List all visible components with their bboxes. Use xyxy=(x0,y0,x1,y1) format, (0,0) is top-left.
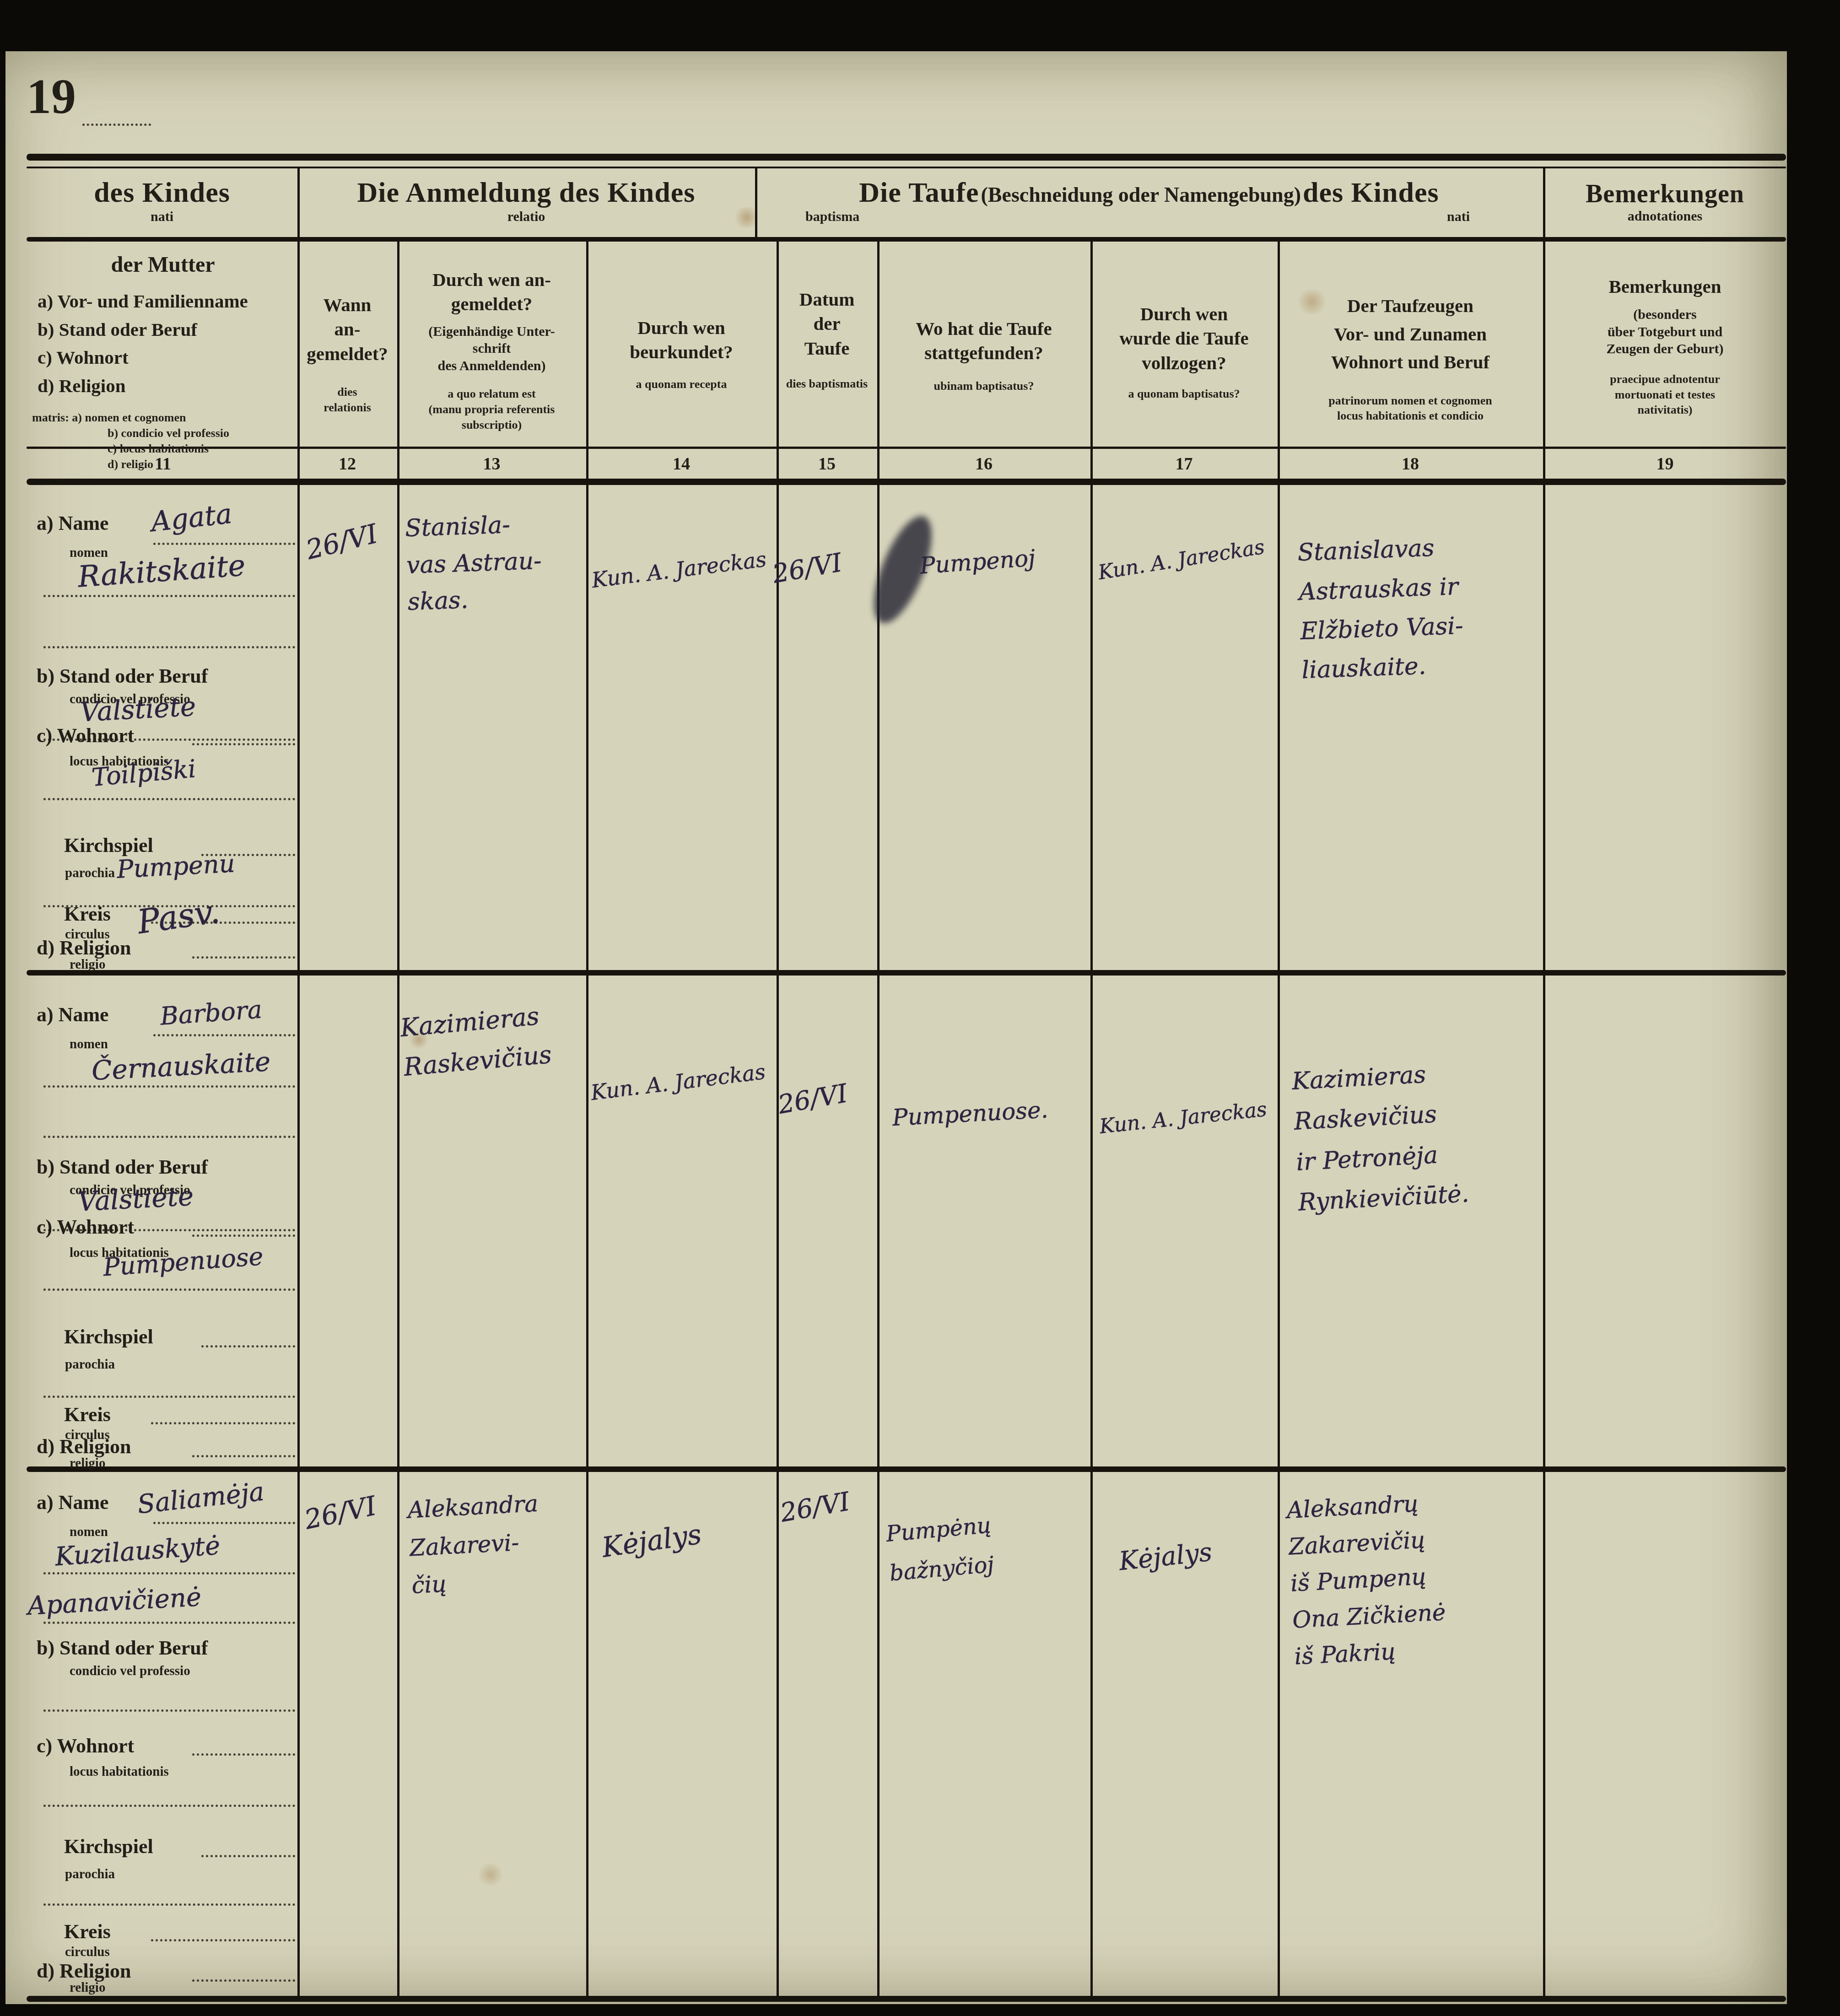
label-kirchspiel: Kirchspiel xyxy=(64,1835,153,1858)
entry-angemeldet-durch: Aleksandra Zakarevi- čių xyxy=(407,1485,543,1605)
label-religion-latin: religio xyxy=(70,1980,105,1995)
label-beruf: b) Stand oder Beruf xyxy=(37,1636,208,1660)
colhead-wann-angemeldet-latin: dies relationis xyxy=(300,384,395,415)
colhead-mutter-item-b: b) Stand oder Beruf xyxy=(38,316,294,344)
colno-19: 19 xyxy=(1545,454,1785,474)
label-kreis-latin: circulus xyxy=(65,1945,110,1960)
label-beruf: b) Stand oder Beruf xyxy=(37,664,208,688)
colhead-durch-wen-angemeldet-latin: a quo relatum est (manu propria referent… xyxy=(399,386,584,432)
label-beruf-latin: condicio vel professio xyxy=(70,1664,190,1679)
group-anmeldung: Die Anmeldung des Kindes relatio xyxy=(297,177,755,225)
vline-col13-14 xyxy=(586,242,588,2001)
colno-11: 11 xyxy=(32,454,294,474)
colno-17: 17 xyxy=(1093,454,1275,474)
label-wohnort: c) Wohnort xyxy=(37,1734,134,1757)
group-bemerkungen-latin: adnotationes xyxy=(1543,209,1787,224)
entry-taufzeugen: Kazimieras Raskevičius ir Petronėja Rynk… xyxy=(1291,1052,1470,1223)
colhead-vollzogen: Durch wen wurde die Taufe vollzogen? a q… xyxy=(1093,302,1275,402)
label-name: a) Name xyxy=(37,1491,109,1514)
rule-row1-row2 xyxy=(27,970,1786,976)
vline-col11-12 xyxy=(297,167,300,2001)
entry-angemeldet-durch: Stanisla- vas Astrau- skas. xyxy=(405,506,544,621)
entry-mother-kirchspiel: Pumpenu xyxy=(116,844,236,889)
colhead-mutter-item-a: a) Vor- und Familienname xyxy=(38,287,294,316)
entry-mother-firstname: Barbora xyxy=(159,990,263,1035)
entry-taufzeugen: Aleksandrų Zakarevičių iš Pumpenų Ona Zi… xyxy=(1286,1484,1449,1675)
rule-under-numbers xyxy=(27,479,1786,485)
colhead-datum-taufe: Datum der Taufe dies baptismatis xyxy=(779,287,875,392)
rule-under-groups xyxy=(27,237,1786,242)
label-kirchspiel-latin: parochia xyxy=(65,1357,115,1372)
label-kirchspiel-latin: parochia xyxy=(65,866,115,881)
entry-angemeldet-durch: Kazimieras Raskevičius xyxy=(399,996,553,1087)
group-des-kindes-title: des Kindes xyxy=(29,177,295,209)
rule-top xyxy=(27,154,1786,161)
group-taufe-latin-left: baptisma xyxy=(805,209,859,225)
colhead-vollzogen-latin: a quonam baptisatus? xyxy=(1093,386,1275,402)
vline-col16-17 xyxy=(1090,242,1093,2001)
group-des-kindes-latin: nati xyxy=(29,209,295,225)
colhead-mutter-item-c: c) Wohnort xyxy=(38,344,294,372)
group-bemerkungen: Bemerkungen adnotationes xyxy=(1543,179,1787,224)
group-taufe-latin-right: nati xyxy=(1447,209,1470,225)
vline-col15-16 xyxy=(877,242,880,2001)
label-name: a) Name xyxy=(37,1003,109,1026)
colno-18: 18 xyxy=(1280,454,1541,474)
rule-bottom xyxy=(27,1996,1786,2002)
colno-12: 12 xyxy=(300,454,395,474)
label-kreis: Kreis xyxy=(64,902,111,926)
colhead-bemerkungen-note: (besonders über Totgeburt und Zeugen der… xyxy=(1545,306,1785,358)
rule-top-echo xyxy=(27,167,1786,168)
page-number: 19 xyxy=(27,69,76,125)
label-kirchspiel: Kirchspiel xyxy=(64,1325,153,1348)
vline-col18-19 xyxy=(1543,167,1545,2001)
group-bemerkungen-title: Bemerkungen xyxy=(1543,179,1787,209)
scanned-register-page: 19 des Kindes nati Die Anmeldung des Kin… xyxy=(0,0,1840,2016)
page-number-dotted-line xyxy=(82,124,151,126)
group-anmeldung-latin: relatio xyxy=(297,209,755,225)
label-kreis: Kreis xyxy=(64,1403,111,1426)
label-beruf: b) Stand oder Beruf xyxy=(37,1155,208,1179)
label-kreis: Kreis xyxy=(64,1920,111,1943)
colhead-bemerkungen-latin: praecipue adnotentur mortuonati et teste… xyxy=(1545,372,1785,418)
label-wohnort-latin: locus habitationis xyxy=(70,1764,169,1779)
colhead-mutter: der Mutter a) Vor- und Familienname b) S… xyxy=(32,251,294,472)
entry-mother-beruf: Valstiete xyxy=(77,1175,195,1223)
label-religion: d) Religion xyxy=(37,936,131,959)
colhead-durch-wen-angemeldet: Durch wen an- gemeldet? (Eigenhändige Un… xyxy=(399,268,584,432)
colno-16: 16 xyxy=(880,454,1088,474)
entry-taufzeugen: Stanislavas Astrauskas ir Elžbieto Vasi-… xyxy=(1297,528,1465,690)
colhead-bemerkungen: Bemerkungen (besonders über Totgeburt un… xyxy=(1545,275,1785,418)
vline-col12-13 xyxy=(397,242,399,2001)
colno-15: 15 xyxy=(779,454,875,474)
label-religion-latin: religio xyxy=(70,1456,105,1471)
colhead-wo-taufe: Wo hat die Taufe stattgefunden? ubinam b… xyxy=(880,317,1088,393)
colno-14: 14 xyxy=(588,454,774,474)
colhead-wann-angemeldet: Wann an- gemeldet? dies relationis xyxy=(300,293,395,415)
colno-13: 13 xyxy=(399,454,584,474)
paper-stain xyxy=(477,1863,504,1886)
vline-col17-18 xyxy=(1278,242,1280,2001)
entry-taufe-ort: Pumpėnų bažnyčioj xyxy=(885,1505,996,1593)
rule-row2-row3 xyxy=(27,1466,1786,1472)
colhead-taufzeugen: Der Taufzeugen Vor- und Zunamen Wohnort … xyxy=(1280,292,1541,424)
group-taufe-title: Die Taufe (Beschneidung oder Namengebung… xyxy=(755,177,1543,209)
colhead-beurkundet: Durch wen beurkundet? a quonam recepta xyxy=(588,316,774,392)
colhead-durch-wen-angemeldet-note: (Eigenhändige Unter- schrift des Anmelde… xyxy=(399,323,584,375)
group-des-kindes: des Kindes nati xyxy=(29,177,295,225)
label-religion: d) Religion xyxy=(37,1435,131,1458)
vline-col14-15 xyxy=(777,242,779,2001)
colhead-beurkundet-latin: a quonam recepta xyxy=(588,377,774,392)
colhead-taufzeugen-latin: patrinorum nomen et cognomen locus habit… xyxy=(1280,393,1541,424)
colhead-datum-taufe-latin: dies baptismatis xyxy=(779,376,875,392)
label-religion-latin: religio xyxy=(70,957,105,972)
colhead-mutter-item-d: d) Religion xyxy=(38,372,294,400)
group-taufe: Die Taufe (Beschneidung oder Namengebung… xyxy=(755,177,1543,225)
entry-mother-beruf: Valstiete xyxy=(79,686,197,733)
label-name: a) Name xyxy=(37,512,109,535)
colhead-wo-taufe-latin: ubinam baptisatus? xyxy=(880,378,1088,394)
entry-mother-firstname: Agata xyxy=(149,493,234,544)
label-religion: d) Religion xyxy=(37,1959,131,1983)
label-kirchspiel-latin: parochia xyxy=(65,1867,115,1882)
group-anmeldung-title: Die Anmeldung des Kindes xyxy=(297,177,755,209)
